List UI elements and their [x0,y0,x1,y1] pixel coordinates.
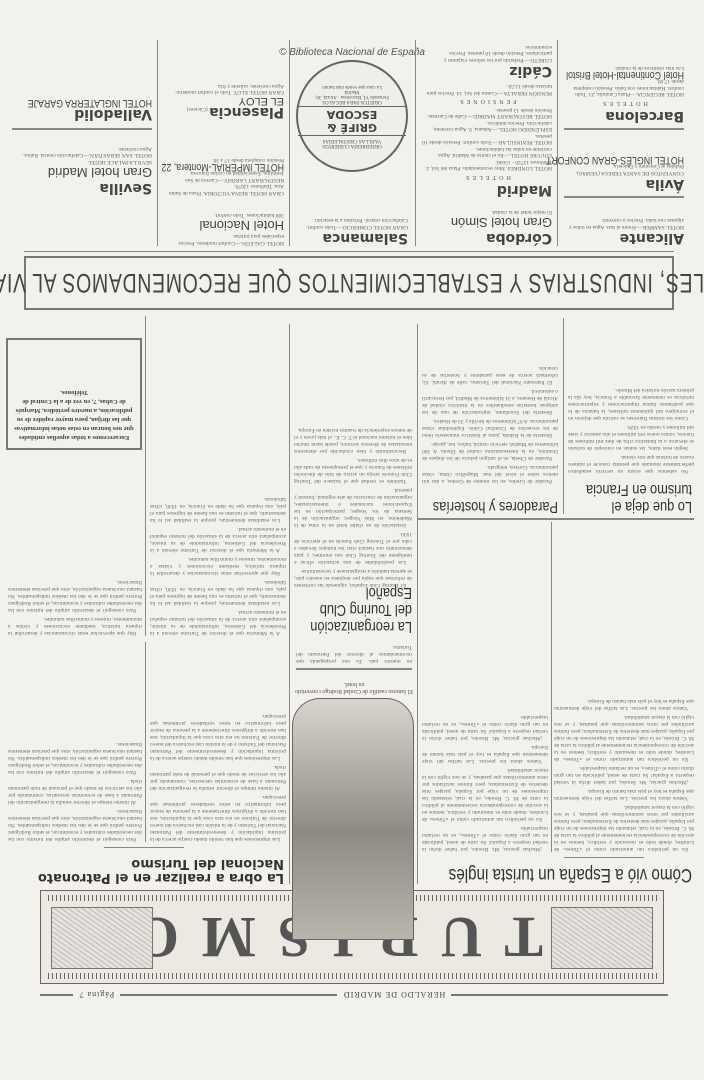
paragraph: ¡Muchas gracias, Mr. Brooks, por haber d… [554,764,694,785]
paragraph: Hay que aprovechar estas circunstancias … [8,615,142,636]
paragraph: A la Memoria que el director de Turismo … [150,608,286,636]
newspaper-page: © Biblioteca Nacional de España HERALDO … [0,0,704,1080]
column-rule [417,324,418,884]
paragraph: No sabemos que exista un servicio estadí… [568,453,694,474]
coat-of-arms-vignette-icon [51,907,153,969]
headline-patronato: La obra a realizar en el Patronato Nacio… [4,857,284,884]
headline-francia: Lo que deja el turismo en Francia [572,480,692,514]
paragraph: Al mismo tiempo el director estudia la r… [150,763,286,791]
column-rule [145,642,146,842]
headline-paradores: Paradores y hosterías [422,497,558,514]
featured-listing: Hotel Continental-Hotel Bristol [588,72,684,79]
featured-listing: Hotel Nacional [164,218,284,233]
paragraph: Parador de Úbeda, en el antiguo palacio … [422,440,558,461]
featured-listing: HOTEL INGLÉS-GRAN CONFORT [588,157,684,164]
paragraph: Las impresiones que han venido dando cue… [150,712,286,761]
article-turista-ingles-cont: ¡Muchas gracias, Mr. Brooks, por haber d… [422,522,548,852]
listing: HOTEL PENINSULAR.—Todo confort. Pensión … [422,133,552,146]
paragraph: Los estadistas demuestran, porque la rea… [150,578,286,606]
stamp-brand: GRIFÉ & ESCODA [298,106,406,136]
recommendations-banner: HOTELES, INDUSTRIAS Y ESTABLECIMIENTOS Q… [24,256,674,310]
subheading: PENSIONES [422,98,552,105]
article-turista-ingles: En un periódico tan autorizado como el «… [554,522,694,852]
copyright-notice: © Biblioteca Nacional de España [0,47,704,58]
paragraph: Según esos datos, las sumas en concepto … [568,423,694,451]
listing: GRAN HOTEL REINA VICTORIA. Plaza de Sant… [164,183,284,196]
listing: LORETO.—Preferido por los señores viajan… [422,44,552,64]
stamp-top-line: ORFEBRERÍA CUBIERTOS VAJILLAS CRISTALERÍ… [317,138,387,148]
column-rule [557,40,558,246]
rule [564,128,684,130]
classified-plasencia: Plasencia (Cáceres) EL ELOY GRAN HOTEL E… [164,83,284,121]
paragraph: En un periódico tan autorizado como el «… [554,803,694,852]
classified-cordoba: Córdoba Gran hotel Simón El mejor hotel … [422,209,552,247]
listing: LOUVRE HOTEL.—En el centro de Madrid. Ag… [422,146,552,159]
paragraph: Para conseguir el desarrollo amplio del … [8,807,142,842]
page-number: Página 7 [79,991,115,1000]
classified-salamanca: Salamanca GRAN HOTEL COMERCIO.—Todo conf… [298,217,408,246]
featured-listing: HOTEL IMPERIAL-Montera, 22 [188,164,284,171]
classified-madrid: Madrid HOTELES HOTEL LONDRES. Muy recome… [422,44,552,199]
rule [104,847,184,848]
rule [564,857,644,858]
paragraph: Vamos ahora los precios. Las tarifas del… [422,743,548,764]
running-head: HERALDO DE MADRID Página 7 [34,988,674,1002]
paragraph: En un periódico tan autorizado como el «… [554,713,694,762]
rule [451,994,668,996]
rule [120,994,337,996]
article-francia: No sabemos que exista un servicio estadí… [568,314,694,474]
city-heading: Sevilla [12,180,152,196]
article-paradores: Parador de Gredos, en los montes de Gred… [422,318,558,484]
article-patronato-cont: Para conseguir el desarrollo amplio del … [8,642,142,842]
classified-avila: Ávila CONVENTOS DE SANTA TERESA (YEMAS).… [564,157,684,193]
paragraph: El Patronato Nacional del Turismo, calle… [422,364,558,385]
paragraph: Parador de Gredos, en los montes de Gred… [422,463,558,484]
city-heading: Ávila [564,176,684,192]
editorial-note-box: Encarecemos a todas aquellas entidades q… [6,338,142,450]
city-heading: Cádiz [422,63,552,79]
column-rule [551,522,552,852]
paragraph: Las posibilidades de una actuación efica… [294,530,412,565]
paragraph: Los estadistas demuestran, porque la rea… [150,495,286,523]
city-heading: Barcelona [564,108,684,124]
city-heading: Alicante [564,230,684,246]
castle-photo [292,698,414,940]
city-heading: Salamanca [298,230,408,246]
column-rule [563,318,564,514]
city-heading: Córdoba [422,230,552,246]
listing: GRAN HOTEL COMERCIO.—Todo confort. Calef… [298,217,408,230]
classified-sevilla: Sevilla Gran hotel Madrid SEVILLA PALACE… [12,146,152,197]
subheading: HOTELES [564,100,684,107]
paragraph: Como los turistas franceses se calcula q… [568,386,694,421]
stamp-subtitle: OBJETOS PARA REGALOS [322,99,381,104]
stamp-address: Fernando VI, Barcelona · Alcalá, 30, Mad… [312,89,392,99]
listing: GRAN HOTEL ELOY. Todo el confort moderno… [164,83,284,96]
headline-touring-club: La reorganización del Touring Club Españ… [292,584,412,634]
headline-turista-ingles: Cómo vió a España un turista inglés [428,864,692,884]
subheading: HOTELES [422,174,552,181]
classified-barcelona: Barcelona HOTELES HOTEL REGENCIA.—Plaza … [564,65,684,124]
paragraph: Al mismo tiempo el director estudia la r… [8,777,142,805]
paragraph: También es verdad que el balance del Tou… [294,456,412,484]
article-desarrollo: A la Memoria que el director de Turismo … [150,316,286,636]
paragraph: Reconstituido y bien conducido por eleme… [294,426,412,454]
region: (Cáceres) [187,106,208,112]
paragraph: A la Memoria que el director de Turismo … [150,525,286,553]
paragraph: El Touring Club Español, siguiendo las c… [294,567,412,588]
article-patronato: Las impresiones que han venido dando cue… [150,642,286,842]
column-rule [145,316,146,636]
paragraph: Vamos ahora los precios. Las tarifas del… [554,787,694,801]
paper-name: HERALDO DE MADRID [343,991,445,1000]
article-touring-club: El Touring Club Español, siguiendo las c… [294,318,412,588]
featured-listing: EL ELOY [239,95,284,107]
city-heading: Madrid [422,182,552,198]
column-rule [289,324,290,884]
paragraph: En un periódico tan autorizado como el «… [422,766,548,822]
paragraph: Hostería del Estudiante, reproducción de… [422,387,558,415]
landscape-vignette-icon [551,907,653,969]
featured-listing: HOTEL INGLATERRA GARAJE [40,100,152,107]
paragraph: Hay que aprovechar estas circunstancias … [150,555,286,576]
listing: HOTEL LONDRES. Muy recomendado. Plaza de… [422,159,552,172]
stamp-motto: La casa que vende más barato [322,84,382,89]
photo-note: en nuestro país. Es una propaganda que r… [296,642,412,664]
listing: PENSIÓN PERALTA.—Cuesta del Sol, 14. Pre… [422,83,552,96]
paragraph: ¡Muchas gracias, Mr. Brooks, por haber d… [422,824,548,852]
paragraph: ¡Muchas gracias, Mr. Brooks, por haber d… [422,713,548,741]
paragraph: Para conseguir el desarrollo amplio del … [8,740,142,775]
frieze [47,973,657,979]
column-rule [415,40,416,246]
paragraph: Las impresiones que han venido dando cue… [150,793,286,842]
paragraph: Vamos ahora los precios. Las tarifas del… [554,697,694,711]
listing: HOTEL GALEÓN.—Confort moderno. Precios e… [164,233,284,246]
featured-listing: Gran hotel Madrid [12,165,152,180]
listing: ESPLÉNDIDO HOTEL.—Aduana, 9. Agua corrie… [422,120,552,133]
rule [418,518,694,520]
featured-listing: Gran hotel Simón [422,215,552,230]
listing: HOTEL RESTAURANT MADRID.—Calle de Carret… [422,107,552,120]
article-desarrollo-cont: Hay que aprovechar estas circunstancias … [8,456,142,636]
paragraph: Instalación de un chalet hotel en la cim… [294,486,412,528]
classified-alicante: Alicante HOTEL SAMPER.—Frente al mar. Ag… [564,217,684,246]
rule [40,994,73,996]
banner-text: HOTELES, INDUSTRIAS Y ESTABLECIMIENTOS Q… [0,268,704,299]
listing: 300 habitaciones. Todo confort. [164,212,284,219]
paragraph: Para conseguir el desarrollo amplio del … [8,578,142,613]
grife-escoda-stamp: ORFEBRERÍA CUBIERTOS VAJILLAS CRISTALERÍ… [296,60,408,172]
paragraph: Hostería de la Rábida, junto al históric… [422,417,558,438]
rule [24,251,674,252]
listing: HOTEL SAMPER.—Frente al mar. Agua en tod… [564,217,684,230]
classified-valladolid: Valladolid HOTEL INGLATERRA GARAJE [12,100,152,123]
rule [12,128,152,130]
rule [296,668,412,670]
classified-hotel-nacional: HOTEL GALEÓN.—Confort moderno. Precios e… [164,212,284,247]
column-rule [157,40,158,246]
listing: HOTEL SAN SEBASTIÁN.—Calefacción central… [12,146,152,159]
photo-caption: El famoso castillo de Ciudad Rodrigo con… [294,680,414,694]
column-rule [289,40,290,246]
classified-madrid-imperial: GRAN HOTEL REINA VICTORIA. Plaza de Sant… [164,157,284,196]
rule [564,196,684,198]
